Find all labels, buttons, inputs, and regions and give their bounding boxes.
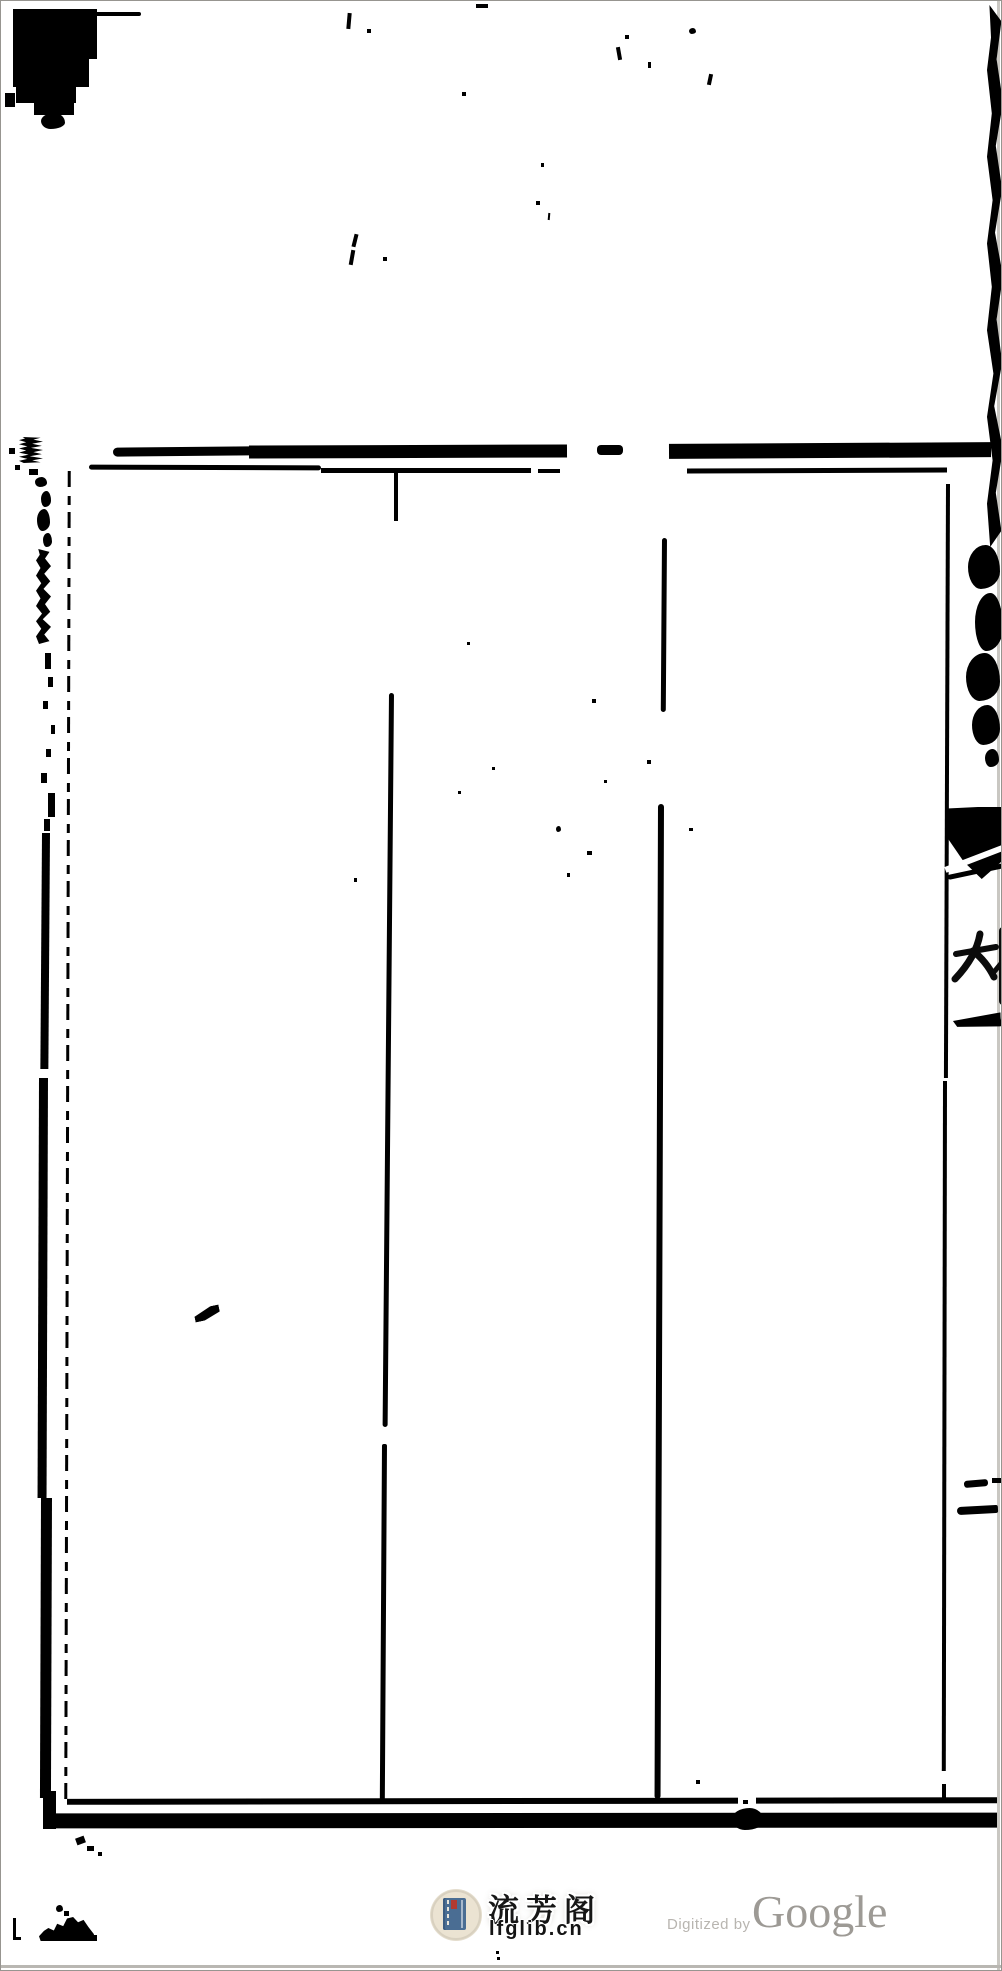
ink-blob-bottom-left [39,1917,94,1941]
frame-left-border-segment [38,1078,48,1498]
ink-blob-bottom-left [56,1905,63,1912]
frame-left-border-segment [41,773,47,783]
ink-speck [458,791,461,794]
frame-top-inner-line-segment [538,469,560,473]
ink-speck [743,1800,748,1804]
frame-left-border-segment [44,819,50,831]
margin-glyph-strokes [949,927,1002,1007]
frame-top-border-segment [249,444,567,458]
ink-speck [98,1852,102,1856]
lfg-url-text: lfglib.cn [489,1918,584,1941]
margin-glyph-partial: 外 [949,927,1002,1009]
column-divider-1-segment [383,693,394,1427]
ink-speck [707,74,713,86]
ink-speck [75,1836,86,1846]
frame-left-border-segment [40,833,50,1069]
column-divider-stub [394,468,398,521]
digitized-by-text: Digitized by [667,1916,751,1933]
ink-speck [349,250,356,265]
column-divider-1-segment [380,1444,387,1800]
ink-smudge-left-margin [19,437,43,463]
frame-left-border-segment [45,653,51,669]
ink-speck [351,234,358,248]
ink-comma-blot [193,1304,221,1322]
ink-speck [15,465,20,470]
ink-speck [497,1957,500,1960]
margin-dash-text: 一 [953,1016,954,1017]
ink-speck [367,29,371,33]
page-edge-ink-blob [975,593,1002,651]
ink-speck [548,213,551,220]
page-bottom-edge [1,1965,1001,1968]
book-red-label [451,1900,457,1909]
ink-speck [592,699,596,703]
page-edge-ink-blob [972,705,1000,745]
ink-speck [696,1780,700,1784]
ink-blob-top-left [16,87,76,103]
ink-speck [567,873,570,877]
frame-left-border-segment [46,749,51,757]
page-edge-ink-blob [968,545,1000,589]
page-edge-ink-blob [985,749,999,767]
frame-left-border-segment [41,491,51,507]
ink-speck [536,201,540,205]
frame-top-border-segment [669,442,991,459]
frame-top-border-segment [113,446,253,456]
page-edge-ink-blob [966,653,1000,701]
frame-left-border-segment [37,509,50,531]
page-edge-ink-strip [987,5,1002,547]
ink-speck [625,35,629,39]
column-divider-2-segment [655,804,664,1799]
ink-speck [689,828,693,831]
ink-blob-top-left [5,93,15,107]
ink-speck [556,826,561,832]
ink-speck [476,4,488,8]
frame-left-inner-line [64,471,70,1803]
frame-left-border-segment [36,549,51,644]
ink-blob-bottom-left [64,1911,69,1916]
frame-left-border-segment [43,701,48,709]
frame-top-inner-line-segment [89,465,321,471]
ink-speck [354,878,357,882]
margin-dash-stroke: 一 [953,1012,1002,1029]
ink-speck [87,1846,94,1851]
margin-dash-stroke [964,1479,989,1488]
frame-bottom-border [43,1813,999,1829]
ink-blob-top-left [41,113,65,129]
frame-top-inner-line-segment [321,468,521,473]
scanned-book-page: 外 一 流芳阁 lfglib.cn Digitized by Google [0,0,1002,1971]
ink-speck [992,1478,1001,1483]
ink-speck [648,62,651,68]
frame-left-border-segment [40,1498,52,1798]
frame-bottom-inner-line [67,1797,998,1805]
lfg-badge [431,1890,481,1940]
frame-top-border-segment [597,445,623,455]
ink-speck [647,760,651,764]
frame-top-inner-line-segment [505,468,531,473]
book-stitch-lines [447,1900,449,1928]
ink-speck [346,13,351,29]
ink-speck [492,767,495,770]
ink-speck [587,851,592,855]
ink-speck [541,163,544,167]
book-icon [443,1898,466,1930]
frame-left-border-segment [43,533,52,547]
ink-speck [383,257,387,261]
ink-speck [604,780,607,783]
book-page-edge [461,1900,463,1928]
ink-speck [9,448,15,454]
frame-left-border-segment [51,725,55,734]
google-logo-text: Google [752,1885,887,1938]
column-divider-2-segment [661,538,667,712]
ink-speck [467,642,470,645]
ink-blob-top-left [13,59,89,87]
ink-speck [29,469,38,475]
frame-bottom-border-blot [732,1808,764,1830]
frame-left-border-segment [48,677,53,687]
ink-speck [496,1951,499,1954]
frame-top-inner-line-segment [687,468,947,474]
ink-blob-bottom-left [13,1937,21,1940]
frame-left-border-segment [48,793,55,817]
frame-left-border-segment [35,477,47,487]
ink-speck [616,47,622,60]
margin-dash-stroke [957,1505,998,1515]
ink-streak-top-left [95,12,141,16]
ink-blob-bottom-left [89,1935,97,1941]
ink-speck [689,28,696,34]
ink-blob-bottom-left [13,1918,16,1939]
ink-blob-top-left [13,9,97,59]
frame-right-border-segment [942,1081,947,1771]
ink-speck [462,92,466,96]
